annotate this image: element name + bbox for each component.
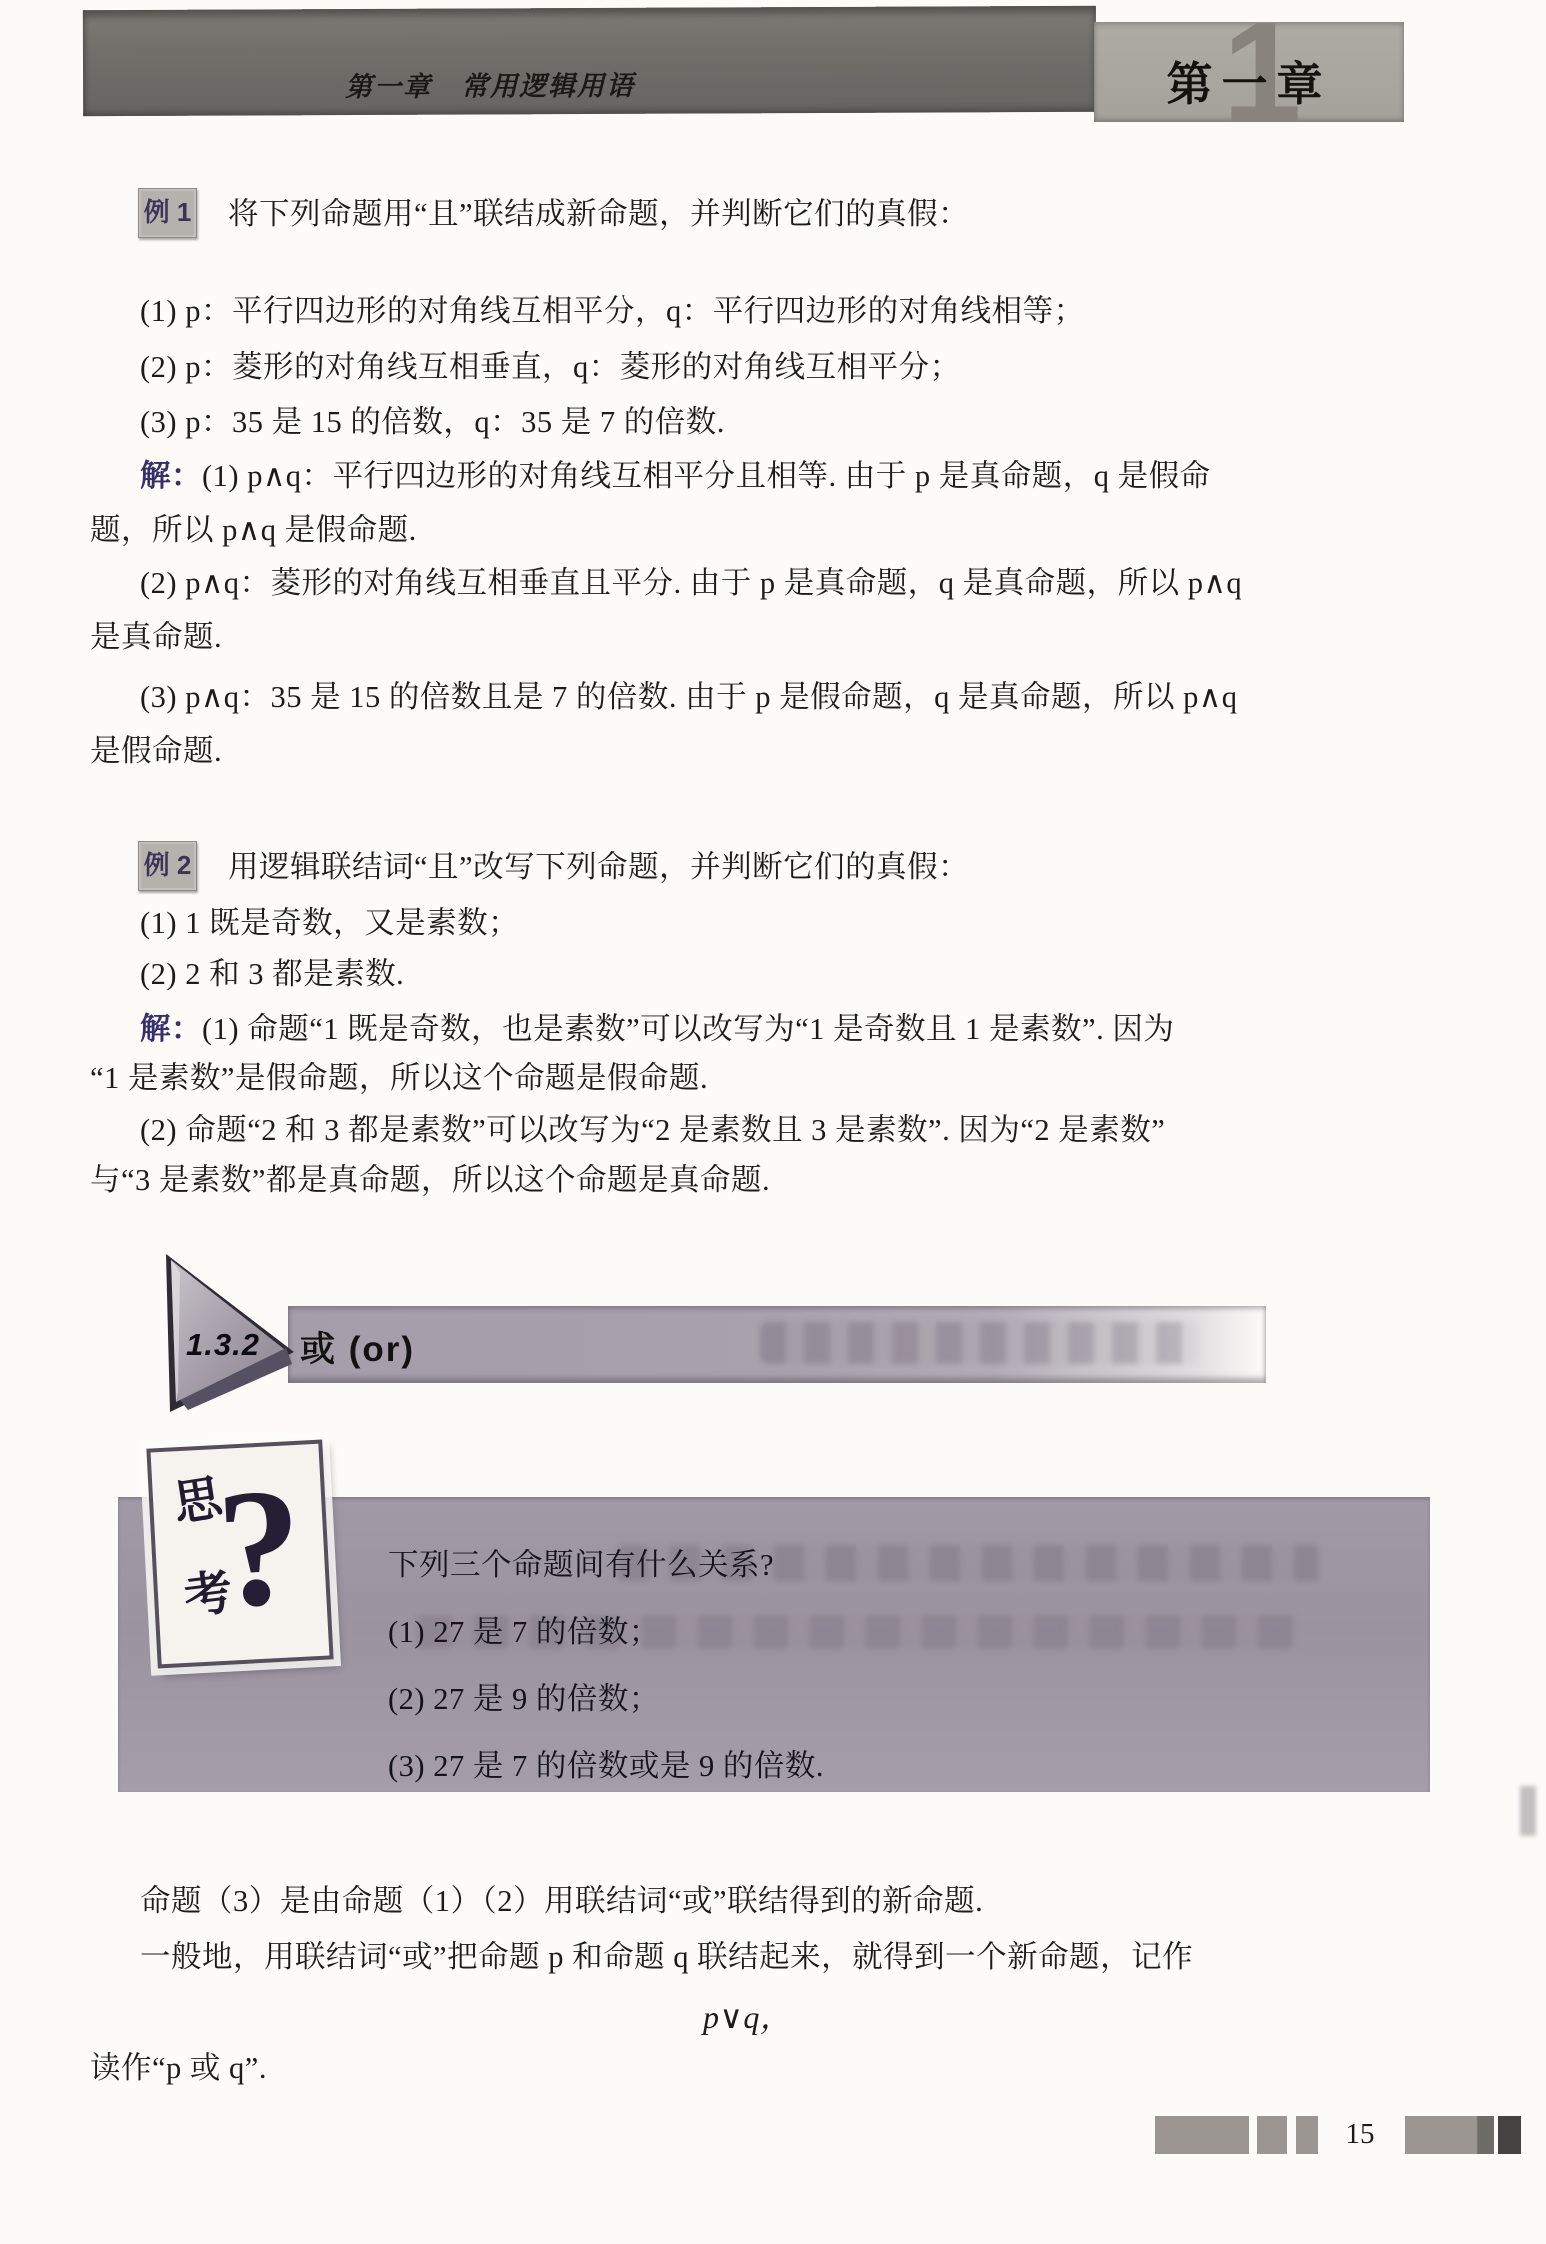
- scan-smudge: [1520, 1786, 1536, 1836]
- example1-prompt: 将下列命题用“且”联结成新命题，并判断它们的真假：: [228, 197, 969, 232]
- example2-prompt: 用逻辑联结词“且”改写下列命题，并判断它们的真假：: [228, 850, 969, 885]
- example1-badge: 例 1: [138, 188, 197, 238]
- solution-label: 解：: [140, 459, 202, 493]
- footer-block: [1257, 2116, 1287, 2154]
- textbook-page: 第一章 常用逻辑用语 1 第一章 例 1 将下列命题用“且”联结成新命题，并判断…: [0, 0, 1546, 2244]
- footer-block: [1296, 2116, 1318, 2154]
- solution-label: 解：: [140, 1012, 202, 1046]
- example2-solution-line: 与“3 是素数”都是真命题，所以这个命题是真命题.: [90, 1163, 770, 1198]
- solution-text: (1) 命题“1 既是奇数，也是素数”可以改写为“1 是奇数且 1 是素数”. …: [202, 1012, 1174, 1046]
- page-number: 15: [1336, 2118, 1384, 2151]
- example1-item: (1) p：平行四边形的对角线互相平分，q：平行四边形的对角线相等；: [140, 294, 1085, 329]
- chapter-tab: 1 第一章: [1094, 22, 1404, 122]
- closing-paragraph: 一般地，用联结词“或”把命题 p 和命题 q 联结起来，就得到一个新命题，记作: [140, 1940, 1193, 1975]
- example1-solution-line: (2) p∧q：菱形的对角线互相垂直且平分. 由于 p 是真命题，q 是真命题，…: [140, 566, 1242, 601]
- think-item: (1) 27 是 7 的倍数；: [388, 1615, 660, 1650]
- example1-item: (2) p：菱形的对角线互相垂直，q：菱形的对角线互相平分；: [140, 350, 961, 385]
- footer-block: [1155, 2116, 1249, 2154]
- closing-paragraph: 命题（3）是由命题（1）（2）用联结词“或”联结得到的新命题.: [140, 1884, 983, 1919]
- think-item: (3) 27 是 7 的倍数或是 9 的倍数.: [388, 1749, 824, 1784]
- running-title: 第一章 常用逻辑用语: [345, 64, 635, 104]
- example1-solution-line: (3) p∧q：35 是 15 的倍数且是 7 的倍数. 由于 p 是假命题，q…: [140, 680, 1237, 715]
- example1-solution-line: 是假命题.: [90, 734, 222, 769]
- example2-item: (1) 1 既是奇数，又是素数；: [140, 906, 519, 941]
- example2-item: (2) 2 和 3 都是素数.: [140, 957, 404, 992]
- chapter-label: 第一章: [1094, 48, 1404, 114]
- example2-solution-line: “1 是素数”是假命题，所以这个命题是假命题.: [90, 1061, 708, 1096]
- example1-solution-line: 解：(1) p∧q：平行四边形的对角线互相平分且相等. 由于 p 是真命题，q …: [140, 459, 1211, 494]
- footer-block: [1405, 2116, 1494, 2154]
- section-number: 1.3.2: [186, 1327, 260, 1363]
- question-mark-icon: ?: [212, 1437, 307, 1659]
- example2-badge: 例 2: [138, 841, 197, 891]
- header-band: 第一章 常用逻辑用语: [83, 6, 1096, 116]
- think-badge: 思 考 ?: [146, 1440, 333, 1669]
- think-item: (2) 27 是 9 的倍数；: [388, 1682, 660, 1717]
- example2-solution-line: (2) 命题“2 和 3 都是素数”可以改写为“2 是素数且 3 是素数”. 因…: [140, 1113, 1165, 1148]
- closing-paragraph: 读作“p 或 q”.: [90, 2051, 267, 2086]
- example1-item: (3) p：35 是 15 的倍数，q：35 是 7 的倍数.: [140, 405, 725, 440]
- example1-solution-line: 是真命题.: [90, 620, 222, 655]
- bleedthrough-smudge: [760, 1322, 1200, 1364]
- formula-p-or-q: p∨q，: [703, 1999, 792, 2036]
- section-title: 或 (or): [300, 1322, 415, 1372]
- example2-solution-line: 解：(1) 命题“1 既是奇数，也是素数”可以改写为“1 是奇数且 1 是素数”…: [140, 1012, 1174, 1047]
- solution-text: (1) p∧q：平行四边形的对角线互相平分且相等. 由于 p 是真命题，q 是假…: [202, 459, 1211, 493]
- think-question: 下列三个命题间有什么关系?: [388, 1548, 774, 1583]
- example1-solution-line: 题，所以 p∧q 是假命题.: [90, 513, 417, 548]
- footer-block: [1498, 2116, 1521, 2154]
